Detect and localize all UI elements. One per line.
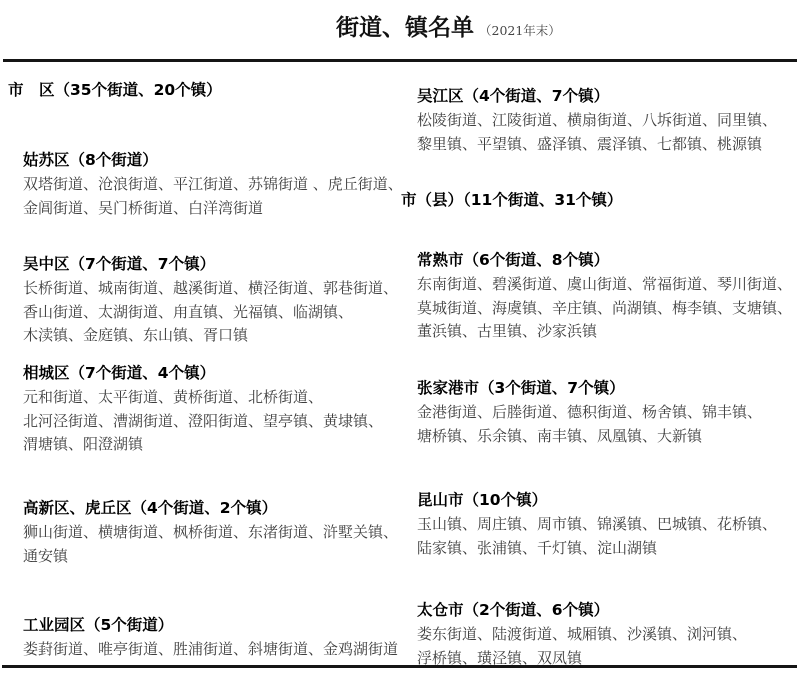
section-heading: 太仓市（2个街道、6个镇） bbox=[417, 600, 747, 621]
section-line: 元和街道、太平街道、黄桥街道、北桥街道、 bbox=[23, 386, 383, 410]
page-title: 街道、镇名单（2021年末） bbox=[336, 13, 561, 46]
section-gusu-district: 姑苏区（8个街道） 双塔街道、沧浪街道、平江街道、苏锦街道 、虎丘街道、 金阊街… bbox=[23, 150, 403, 220]
section-line: 狮山街道、横塘街道、枫桥街道、东渚街道、浒墅关镇、 bbox=[23, 521, 398, 545]
section-kunshan-city: 昆山市（10个镇） 玉山镇、周庄镇、周市镇、锦溪镇、巴城镇、花桥镇、 陆家镇、张… bbox=[417, 490, 777, 560]
section-line: 金阊街道、吴门桥街道、白洋湾街道 bbox=[23, 197, 403, 221]
section-line: 松陵街道、江陵街道、横扇街道、八坼街道、同里镇、 bbox=[417, 109, 777, 133]
section-heading: 吴中区（7个街道、7个镇） bbox=[23, 254, 398, 275]
title-date: （2021年末） bbox=[479, 23, 561, 38]
section-line: 塘桥镇、乐余镇、南丰镇、凤凰镇、大新镇 bbox=[417, 425, 762, 449]
section-zhangjiagang-city: 张家港市（3个街道、7个镇） 金港街道、后塍街道、德积街道、杨舍镇、锦丰镇、 塘… bbox=[417, 378, 762, 448]
section-line: 金港街道、后塍街道、德积街道、杨舍镇、锦丰镇、 bbox=[417, 401, 762, 425]
section-line: 渭塘镇、阳澄湖镇 bbox=[23, 433, 383, 457]
group-header-county-cities: 市（县）（11个街道、31个镇） bbox=[401, 190, 622, 211]
section-line: 双塔街道、沧浪街道、平江街道、苏锦街道 、虎丘街道、 bbox=[23, 173, 403, 197]
section-heading: 常熟市（6个街道、8个镇） bbox=[417, 250, 792, 271]
section-heading: 姑苏区（8个街道） bbox=[23, 150, 403, 171]
section-line: 娄东街道、陆渡街道、城厢镇、沙溪镇、浏河镇、 bbox=[417, 623, 747, 647]
section-line: 木渎镇、金庭镇、东山镇、胥口镇 bbox=[23, 324, 398, 348]
section-heading: 吴江区（4个街道、7个镇） bbox=[417, 86, 777, 107]
section-heading: 工业园区（5个街道） bbox=[23, 615, 398, 636]
section-line: 香山街道、太湖街道、甪直镇、光福镇、临湖镇、 bbox=[23, 301, 398, 325]
section-heading: 张家港市（3个街道、7个镇） bbox=[417, 378, 762, 399]
section-taicang-city: 太仓市（2个街道、6个镇） 娄东街道、陆渡街道、城厢镇、沙溪镇、浏河镇、 浮桥镇… bbox=[417, 600, 747, 670]
section-line: 通安镇 bbox=[23, 545, 398, 569]
section-heading: 高新区、虎丘区（4个街道、2个镇） bbox=[23, 498, 398, 519]
title-text: 街道、镇名单 bbox=[336, 15, 474, 41]
group-header-urban-district: 市 区（35个街道、20个镇） bbox=[8, 80, 222, 101]
section-heading: 相城区（7个街道、4个镇） bbox=[23, 363, 383, 384]
document-page: 街道、镇名单（2021年末） 市 区（35个街道、20个镇） 姑苏区（8个街道）… bbox=[0, 0, 800, 685]
section-line: 黎里镇、平望镇、盛泽镇、震泽镇、七都镇、桃源镇 bbox=[417, 133, 777, 157]
section-changshu-city: 常熟市（6个街道、8个镇） 东南街道、碧溪街道、虞山街道、常福街道、琴川街道、 … bbox=[417, 250, 792, 344]
section-line: 北河泾街道、漕湖街道、澄阳街道、望亭镇、黄埭镇、 bbox=[23, 410, 383, 434]
section-xiangcheng-district: 相城区（7个街道、4个镇） 元和街道、太平街道、黄桥街道、北桥街道、 北河泾街道… bbox=[23, 363, 383, 457]
top-divider bbox=[3, 59, 797, 62]
section-line: 陆家镇、张浦镇、千灯镇、淀山湖镇 bbox=[417, 537, 777, 561]
section-line: 玉山镇、周庄镇、周市镇、锦溪镇、巴城镇、花桥镇、 bbox=[417, 513, 777, 537]
section-line: 长桥街道、城南街道、越溪街道、横泾街道、郭巷街道、 bbox=[23, 277, 398, 301]
section-wujiang-district: 吴江区（4个街道、7个镇） 松陵街道、江陵街道、横扇街道、八坼街道、同里镇、 黎… bbox=[417, 86, 777, 156]
section-line: 莫城街道、海虞镇、辛庄镇、尚湖镇、梅李镇、支塘镇、 bbox=[417, 297, 792, 321]
section-industrial-park: 工业园区（5个街道） 娄葑街道、唯亭街道、胜浦街道、斜塘街道、金鸡湖街道 bbox=[23, 615, 398, 662]
section-gaoxin-huqiu-district: 高新区、虎丘区（4个街道、2个镇） 狮山街道、横塘街道、枫桥街道、东渚街道、浒墅… bbox=[23, 498, 398, 568]
section-wuzhong-district: 吴中区（7个街道、7个镇） 长桥街道、城南街道、越溪街道、横泾街道、郭巷街道、 … bbox=[23, 254, 398, 348]
bottom-divider bbox=[2, 665, 797, 668]
section-line: 东南街道、碧溪街道、虞山街道、常福街道、琴川街道、 bbox=[417, 273, 792, 297]
section-line: 董浜镇、古里镇、沙家浜镇 bbox=[417, 320, 792, 344]
section-heading: 昆山市（10个镇） bbox=[417, 490, 777, 511]
section-line: 娄葑街道、唯亭街道、胜浦街道、斜塘街道、金鸡湖街道 bbox=[23, 638, 398, 662]
